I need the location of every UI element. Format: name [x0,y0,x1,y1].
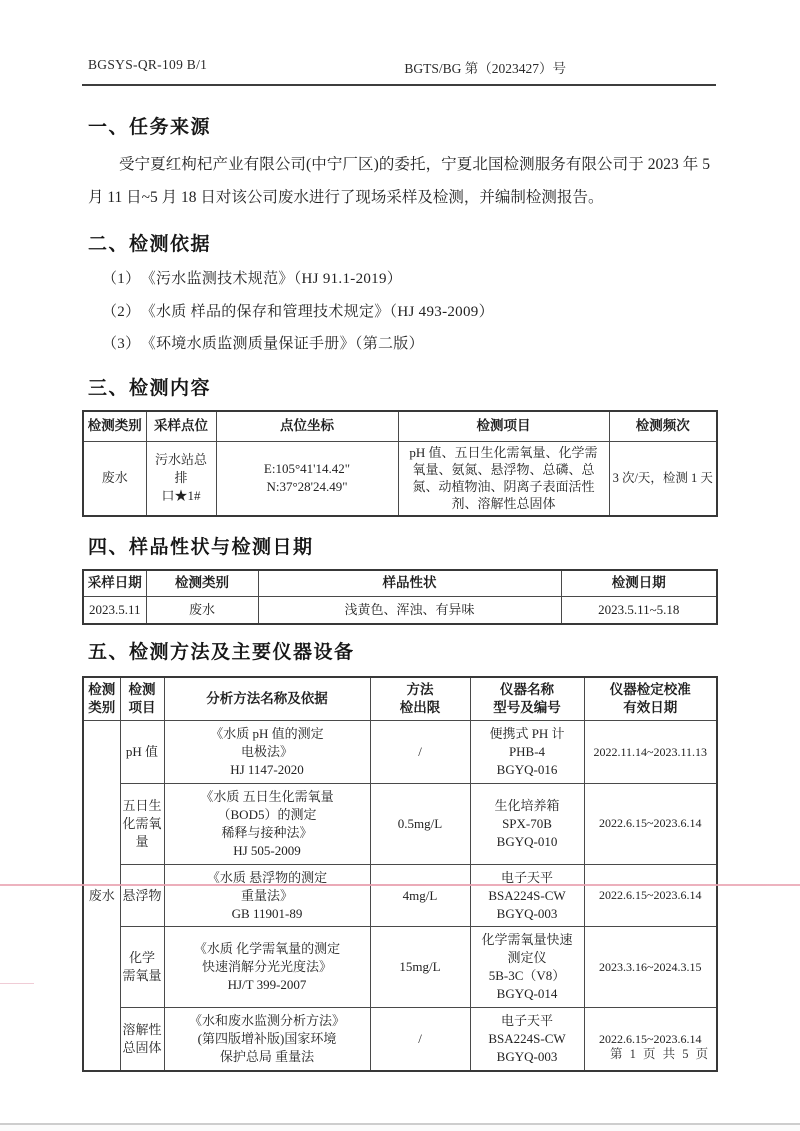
col-header-items: 检测项目 [398,411,609,442]
cell-test-date: 2023.5.11~5.18 [561,597,717,624]
cell-validity: 2022.11.14~2023.11.13 [584,721,717,784]
cell-item: 溶解性 总固体 [120,1008,164,1071]
page-content: BGSYS-QR-109 B/1 BGTS/BG 第（2023427）号 一、任… [82,57,716,1072]
cell-limit: / [370,721,470,784]
col-header-coordinates: 点位坐标 [216,411,398,442]
cell-item: 五日生 化需氧 量 [120,783,164,864]
col-header-frequency: 检测频次 [609,411,717,442]
scan-edge-area [0,1125,800,1131]
col-header-item: 检测 项目 [120,677,164,721]
cell-validity: 2022.6.15~2023.6.14 [584,783,717,864]
cell-limit: / [370,1008,470,1071]
cell-item: 悬浮物 [120,864,164,927]
reference-item: （1） 《污水监测技术规范》（HJ 91.1-2019） [102,263,716,296]
scan-artifact-red-line-small [0,983,34,984]
cell-test-items: pH 值、五日生化需氧量、化学需氧量、氨氮、悬浮物、总磷、总氮、动植物油、阴离子… [398,442,609,516]
cell-instrument: 生化培养箱 SPX-70B BGYQ-010 [470,783,584,864]
col-header-test-date: 检测日期 [561,570,717,597]
form-code: BGSYS-QR-109 B/1 [88,57,207,77]
col-header-detection-limit: 方法 检出限 [370,677,470,721]
cell-limit: 15mg/L [370,927,470,1008]
scan-artifact-red-line [0,884,800,886]
methods-instruments-table: 检测 类别 检测 项目 分析方法名称及依据 方法 检出限 仪器名称 型号及编号 … [82,676,718,1072]
section3-title: 三、检测内容 [88,373,716,400]
table-header-row: 检测 类别 检测 项目 分析方法名称及依据 方法 检出限 仪器名称 型号及编号 … [83,677,717,721]
cell-category: 废水 [83,442,146,516]
col-header-category: 检测 类别 [83,677,120,721]
cell-instrument: 电子天平 BSA224S-CW BGYQ-003 [470,1008,584,1071]
table-row-cod: 化学 需氧量 《水质 化学需氧量的测定 快速消解分光光度法》 HJ/T 399-… [83,927,717,1008]
reference-item: （3） 《环境水质监测质量保证手册》（第二版） [102,328,716,361]
cell-limit: 0.5mg/L [370,783,470,864]
cell-category-wastewater: 废水 [83,721,120,1071]
cell-method: 《水质 五日生化需氧量 （BOD5）的测定 稀释与接种法》 HJ 505-200… [164,783,370,864]
table-row: 废水 污水站总排 口★1# E:105°41'14.42" N:37°28'24… [83,442,717,516]
table-header-row: 采样日期 检测类别 样品性状 检测日期 [83,570,717,597]
section5-title: 五、检测方法及主要仪器设备 [88,637,716,664]
document-header: BGSYS-QR-109 B/1 BGTS/BG 第（2023427）号 [82,57,716,77]
table-row-suspended-solids: 悬浮物 《水质 悬浮物的测定 重量法》 GB 11901-89 4mg/L 电子… [83,864,717,927]
cell-item: pH 值 [120,721,164,784]
section4-title: 四、样品性状与检测日期 [88,532,716,559]
col-header-instrument: 仪器名称 型号及编号 [470,677,584,721]
col-header-category: 检测类别 [146,570,258,597]
table-row-bod5: 五日生 化需氧 量 《水质 五日生化需氧量 （BOD5）的测定 稀释与接种法》 … [83,783,717,864]
cell-method: 《水质 pH 值的测定 电极法》 HJ 1147-2020 [164,721,370,784]
scanned-report-page: BGSYS-QR-109 B/1 BGTS/BG 第（2023427）号 一、任… [0,0,800,1131]
col-header-method: 分析方法名称及依据 [164,677,370,721]
monitoring-content-table: 检测类别 采样点位 点位坐标 检测项目 检测频次 废水 污水站总排 口★1# E… [82,410,718,517]
cell-method: 《水质 悬浮物的测定 重量法》 GB 11901-89 [164,864,370,927]
cell-frequency: 3 次/天，检测 1 天 [609,442,717,516]
reference-list: （1） 《污水监测技术规范》（HJ 91.1-2019） （2） 《水质 样品的… [102,263,716,361]
cell-limit: 4mg/L [370,864,470,927]
table-header-row: 检测类别 采样点位 点位坐标 检测项目 检测频次 [83,411,717,442]
section1-title: 一、任务来源 [88,112,716,139]
header-divider [82,84,716,86]
cell-instrument: 便携式 PH 计 PHB-4 BGYQ-016 [470,721,584,784]
sample-character-table: 采样日期 检测类别 样品性状 检测日期 2023.5.11 废水 浅黄色、浑浊、… [82,569,718,625]
col-header-category: 检测类别 [83,411,146,442]
reference-item: （2） 《水质 样品的保存和管理技术规定》（HJ 493-2009） [102,296,716,329]
cell-coordinates: E:105°41'14.42" N:37°28'24.49" [216,442,398,516]
col-header-character: 样品性状 [258,570,561,597]
report-number: BGTS/BG 第（2023427）号 [404,57,566,77]
cell-instrument: 电子天平 BSA224S-CW BGYQ-003 [470,864,584,927]
page-number: 第 1 页 共 5 页 [610,1044,710,1062]
cell-method: 《水质 化学需氧量的测定 快速消解分光光度法》 HJ/T 399-2007 [164,927,370,1008]
cell-instrument: 化学需氧量快速 测定仪 5B-3C（V8） BGYQ-014 [470,927,584,1008]
table-row-ph: 废水 pH 值 《水质 pH 值的测定 电极法》 HJ 1147-2020 / … [83,721,717,784]
cell-validity: 2022.6.15~2023.6.14 [584,864,717,927]
col-header-calibration-validity: 仪器检定校准 有效日期 [584,677,717,721]
section2-title: 二、检测依据 [88,229,716,256]
cell-item: 化学 需氧量 [120,927,164,1008]
cell-sample-date: 2023.5.11 [83,597,146,624]
table-row: 2023.5.11 废水 浅黄色、浑浊、有异味 2023.5.11~5.18 [83,597,717,624]
cell-validity: 2023.3.16~2024.3.15 [584,927,717,1008]
cell-sampling-point: 污水站总排 口★1# [146,442,216,516]
col-header-sampling-point: 采样点位 [146,411,216,442]
section1-paragraph: 受宁夏红枸杞产业有限公司(中宁厂区)的委托，宁夏北国检测服务有限公司于 2023… [88,148,710,214]
cell-category: 废水 [146,597,258,624]
cell-method: 《水和废水监测分析方法》 (第四版增补版)国家环境 保护总局 重量法 [164,1008,370,1071]
col-header-sample-date: 采样日期 [83,570,146,597]
cell-character: 浅黄色、浑浊、有异味 [258,597,561,624]
